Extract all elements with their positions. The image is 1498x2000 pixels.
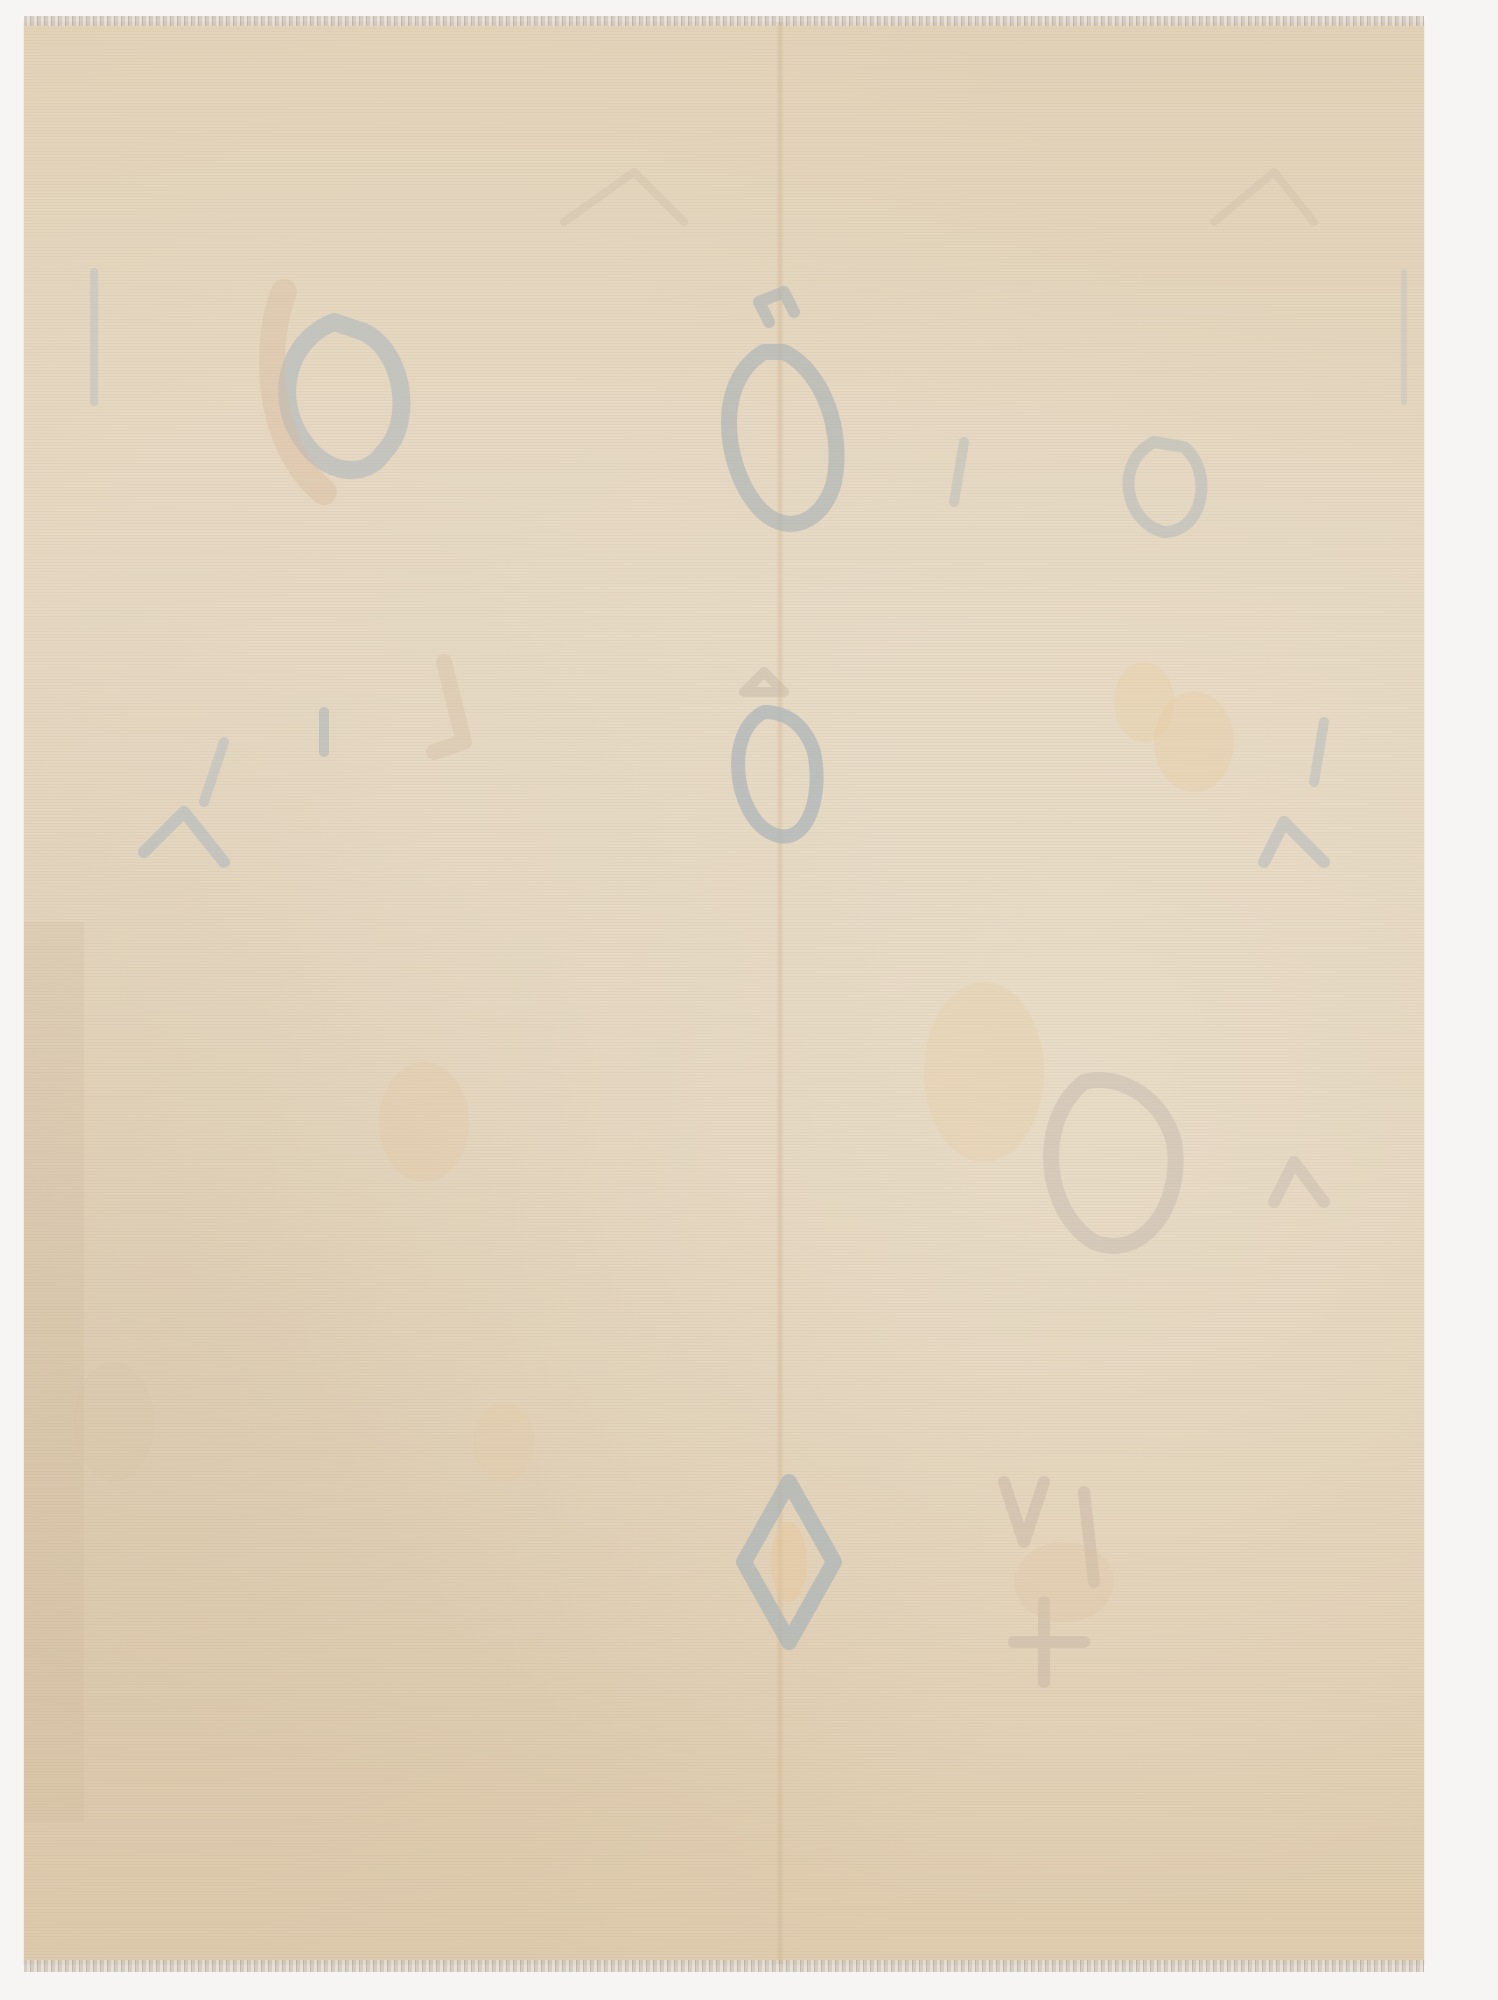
rug-motifs [24, 22, 1424, 1964]
rug [24, 22, 1424, 1964]
